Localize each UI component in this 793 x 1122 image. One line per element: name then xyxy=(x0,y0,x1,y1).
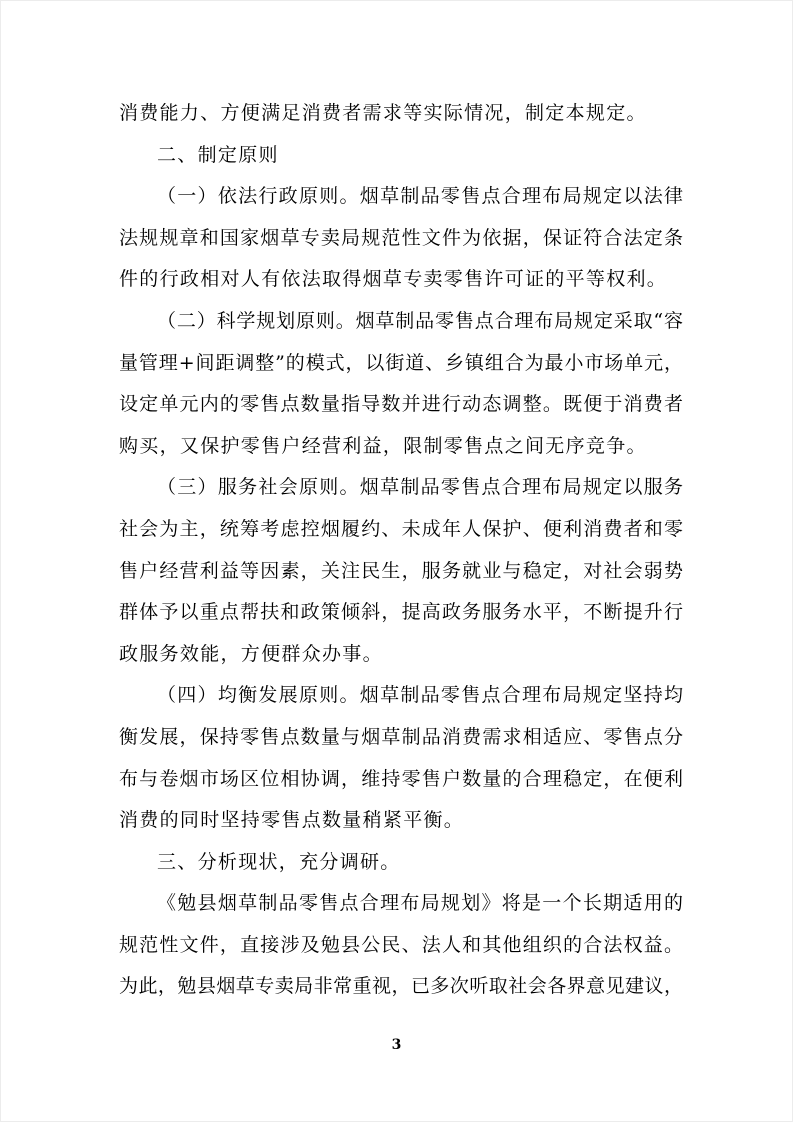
text-line: （一）依法行政原则。烟草制品零售点合理布局规定以法律 xyxy=(119,176,683,218)
paragraph: 消费能力、方便满足消费者需求等实际情况，制定本规定。 xyxy=(119,93,683,135)
page-number: 3 xyxy=(1,1034,792,1056)
text-line: 《勉县烟草制品零售点合理布局规划》将是一个长期适用的 xyxy=(119,883,683,925)
document-page: 消费能力、方便满足消费者需求等实际情况，制定本规定。二、制定原则（一）依法行政原… xyxy=(0,0,793,1122)
text-line: 件的行政相对人有依法取得烟草专卖零售许可证的平等权利。 xyxy=(119,259,683,301)
text-line: 消费的同时坚持零售点数量稍紧平衡。 xyxy=(119,800,683,842)
text-line: 规范性文件，直接涉及勉县公民、法人和其他组织的合法权益。 xyxy=(119,925,683,967)
paragraph: （三）服务社会原则。烟草制品零售点合理布局规定以服务社会为主，统筹考虑控烟履约、… xyxy=(119,467,683,675)
text-line: 量管理+间距调整”的模式，以街道、乡镇组合为最小市场单元， xyxy=(119,343,683,385)
text-line: （二）科学规划原则。烟草制品零售点合理布局规定采取“容 xyxy=(119,301,683,343)
paragraph: （一）依法行政原则。烟草制品零售点合理布局规定以法律法规规章和国家烟草专卖局规范… xyxy=(119,176,683,301)
text-line: 政服务效能，方便群众办事。 xyxy=(119,634,683,676)
text-line: 社会为主，统筹考虑控烟履约、未成年人保护、便利消费者和零 xyxy=(119,509,683,551)
text-line: 衡发展，保持零售点数量与烟草制品消费需求相适应、零售点分 xyxy=(119,717,683,759)
text-line: 为此，勉县烟草专卖局非常重视，已多次听取社会各界意见建议， xyxy=(119,966,683,1008)
text-line: 三、分析现状，充分调研。 xyxy=(119,842,683,884)
text-line: 设定单元内的零售点数量指导数并进行动态调整。既便于消费者 xyxy=(119,384,683,426)
section-heading: 三、分析现状，充分调研。 xyxy=(119,842,683,884)
text-line: 群体予以重点帮扶和政策倾斜，提高政务服务水平，不断提升行 xyxy=(119,592,683,634)
text-line: （三）服务社会原则。烟草制品零售点合理布局规定以服务 xyxy=(119,467,683,509)
text-line: 售户经营利益等因素，关注民生，服务就业与稳定，对社会弱势 xyxy=(119,551,683,593)
text-line: 布与卷烟市场区位相协调，维持零售户数量的合理稳定，在便利 xyxy=(119,759,683,801)
text-line: 消费能力、方便满足消费者需求等实际情况，制定本规定。 xyxy=(119,93,683,135)
paragraph: （四）均衡发展原则。烟草制品零售点合理布局规定坚持均衡发展，保持零售点数量与烟草… xyxy=(119,675,683,841)
section-heading: 二、制定原则 xyxy=(119,135,683,177)
paragraph: 《勉县烟草制品零售点合理布局规划》将是一个长期适用的规范性文件，直接涉及勉县公民… xyxy=(119,883,683,1008)
text-line: （四）均衡发展原则。烟草制品零售点合理布局规定坚持均 xyxy=(119,675,683,717)
text-line: 购买，又保护零售户经营利益，限制零售点之间无序竞争。 xyxy=(119,426,683,468)
text-line: 法规规章和国家烟草专卖局规范性文件为依据，保证符合法定条 xyxy=(119,218,683,260)
document-body: 消费能力、方便满足消费者需求等实际情况，制定本规定。二、制定原则（一）依法行政原… xyxy=(119,93,683,1008)
paragraph: （二）科学规划原则。烟草制品零售点合理布局规定采取“容量管理+间距调整”的模式，… xyxy=(119,301,683,467)
text-line: 二、制定原则 xyxy=(119,135,683,177)
